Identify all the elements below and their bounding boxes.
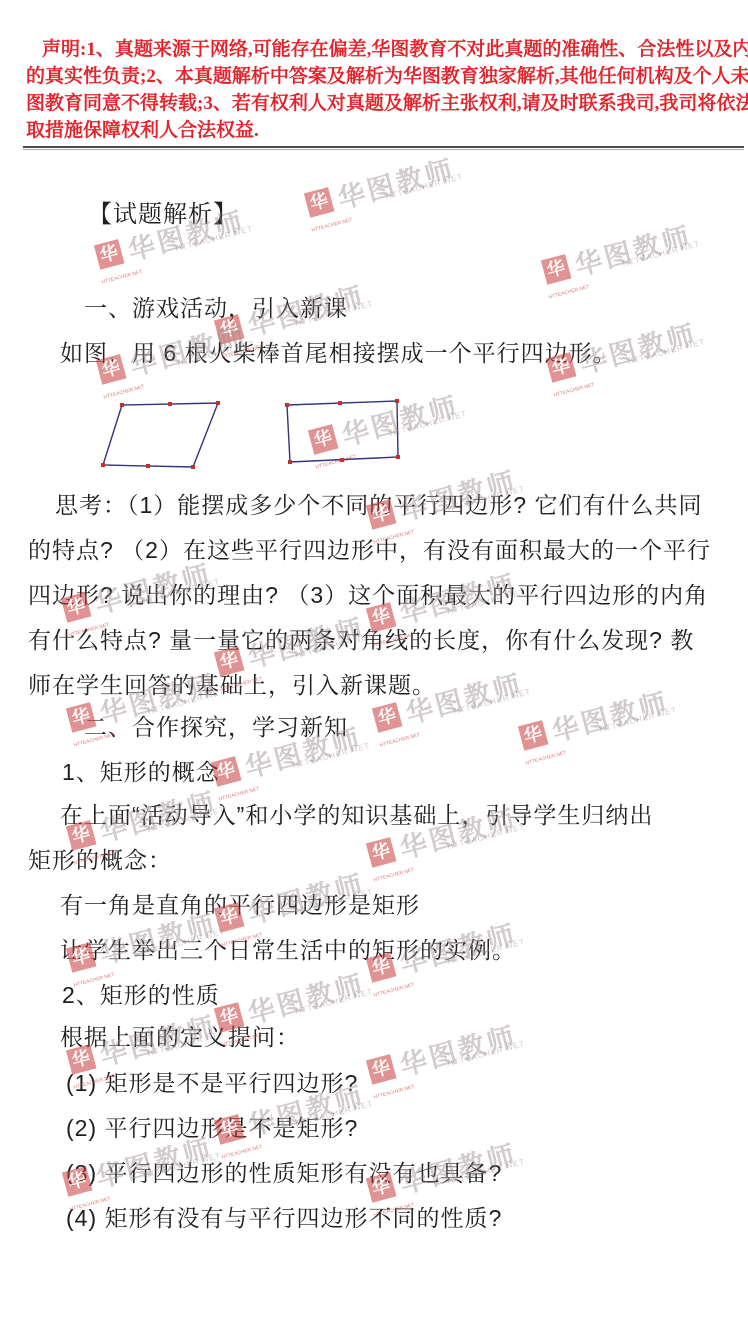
huatu-logo-icon: 华HTTEACHER.NET: [372, 702, 403, 733]
example-line: 让学生举出三个日常生活中的矩形的实例。: [60, 935, 516, 965]
section-1-heading: 一、游戏活动，引入新课: [84, 293, 348, 323]
huatu-watermark: 华HTTEACHER.NET华图教师HTTEACHER.NET: [366, 1021, 521, 1091]
huatu-logo-icon: 华HTTEACHER.NET: [366, 1054, 397, 1085]
huatu-watermark: 华HTTEACHER.NET华图教师HTTEACHER.NET: [304, 154, 459, 224]
subsection-1-heading: 1、矩形的概念: [62, 757, 220, 787]
disclaimer-line: 声明:1、真题来源于网络,可能存在偏差,华图教育不对此真题的准确性、合法性以及内…: [26, 36, 738, 63]
disclaimer-line: 取措施保障权利人合法权益.: [26, 117, 738, 144]
ask-line: 根据上面的定义提问：: [60, 1022, 300, 1052]
huatu-brand-text: 华图教师HTTEACHER.NET: [333, 147, 459, 216]
section-divider: [23, 146, 744, 150]
question-line: (1) 矩形是不是平行四边形?: [66, 1068, 358, 1098]
definition-line: 有一角是直角的平行四边形是矩形: [60, 890, 420, 920]
question-line: (3) 平行四边形的性质矩形有没有也具备?: [66, 1158, 502, 1188]
think-paragraph-line: 四边形? 说出你的理由? （3）这个面积最大的平行四边形的内角: [28, 580, 708, 610]
huatu-watermark: 华HTTEACHER.NET华图教师HTTEACHER.NET: [541, 221, 696, 291]
intro-paragraph: 如图，用 6 根火柴棒首尾相接摆成一个平行四边形。: [60, 338, 617, 368]
think-paragraph-line: 的特点? （2）在这些平行四边形中，有没有面积最大的一个平行: [28, 535, 711, 565]
disclaimer-block: 声明:1、真题来源于网络,可能存在偏差,华图教育不对此真题的准确性、合法性以及内…: [26, 36, 738, 144]
huatu-logo-icon: 华HTTEACHER.NET: [541, 254, 572, 285]
question-line: (4) 矩形有没有与平行四边形不同的性质?: [66, 1203, 502, 1233]
matchstick-diagrams: [85, 390, 415, 480]
subsection-2-heading: 2、矩形的性质: [62, 980, 220, 1010]
huatu-logo-icon: 华HTTEACHER.NET: [366, 837, 397, 868]
huatu-brand-text: 华图教师HTTEACHER.NET: [243, 962, 369, 1031]
huatu-brand-text: 华图教师HTTEACHER.NET: [570, 214, 696, 283]
concept-paragraph-line: 在上面“活动导入”和小学的知识基础上，引导学生归纳出: [60, 800, 653, 830]
huatu-brand-text: 华图教师HTTEACHER.NET: [395, 1014, 521, 1083]
concept-paragraph-line: 矩形的概念：: [28, 845, 172, 875]
think-paragraph-line: 有什么特点? 量一量它的两条对角线的长度，你有什么发现? 教: [28, 625, 694, 655]
document-page: 声明:1、真题来源于网络,可能存在偏差,华图教育不对此真题的准确性、合法性以及内…: [0, 0, 748, 1335]
huatu-watermark: 华HTTEACHER.NET华图教师HTTEACHER.NET: [518, 687, 673, 757]
section-2-heading: 二、合作探究，学习新知: [84, 712, 348, 742]
think-paragraph-line: 思考：（1）能摆成多少个不同的平行四边形? 它们有什么共同: [55, 490, 702, 520]
huatu-brand-text: 华图教师HTTEACHER.NET: [547, 680, 673, 749]
disclaimer-text: 1、真题来源于网络,可能存在偏差,华图教育不对此真题的准确性、合法性以及内容: [86, 39, 748, 60]
think-paragraph-line: 师在学生回答的基础上，引入新课题。: [28, 670, 436, 700]
huatu-logo-icon: 华HTTEACHER.NET: [94, 239, 125, 270]
page-title: 【试题解析】: [88, 200, 238, 230]
huatu-logo-icon: 华HTTEACHER.NET: [304, 187, 335, 218]
question-line: (2) 平行四边形是不是矩形?: [66, 1113, 358, 1143]
disclaimer-line: 的真实性负责;2、本真题解析中答案及解析为华图教育独家解析,其他任何机构及个人未…: [26, 63, 738, 90]
disclaimer-label: 声明:: [42, 39, 86, 60]
disclaimer-line: 图教育同意不得转载;3、若有权利人对真题及解析主张权利,请及时联系我司,我司将依…: [26, 90, 738, 117]
huatu-logo-icon: 华HTTEACHER.NET: [518, 720, 549, 751]
